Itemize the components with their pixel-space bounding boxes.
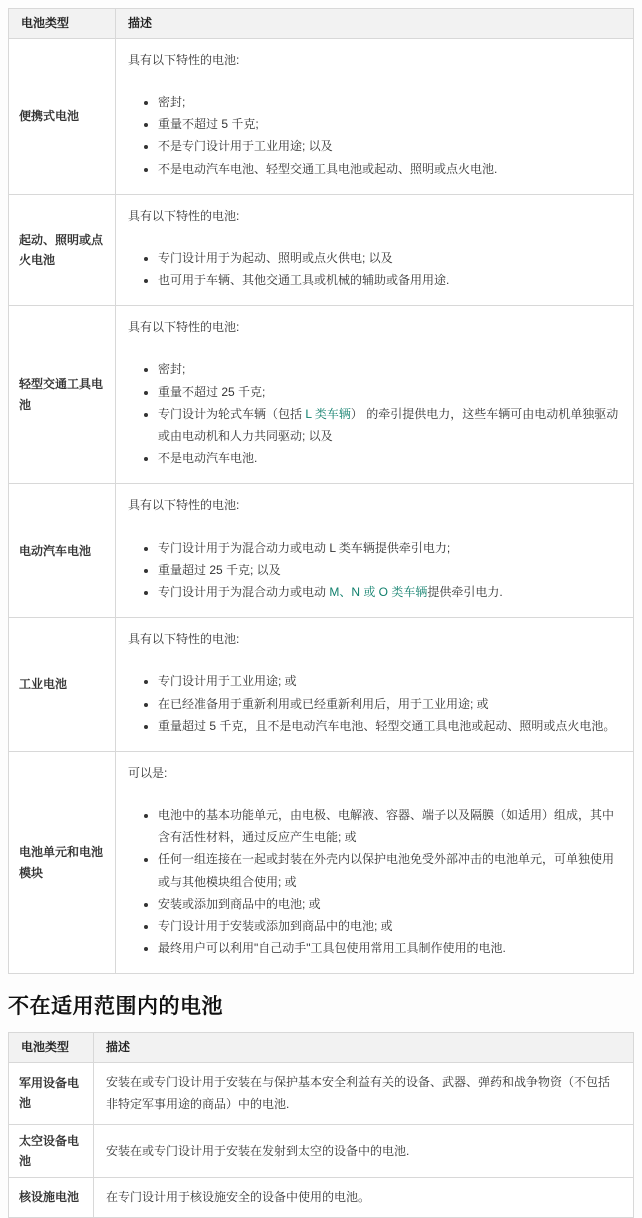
description-bullet: 电池中的基本功能单元，由电极、电解液、容器、端子以及隔膜（如适用）组成，其中含有… <box>158 804 621 848</box>
section-heading: 不在适用范围内的电池 <box>8 990 634 1020</box>
description-bullet: 不是电动汽车电池. <box>158 447 621 469</box>
battery-type-cell: 军用设备电池 <box>9 1063 94 1124</box>
text-segment: 重量超过 5 千克，且不是电动汽车电池、轻型交通工具电池或起动、照明或点火电池。 <box>158 719 615 733</box>
description-bullet-list: 专门设计用于工业用途; 或在已经准备用于重新利用或已经重新利用后，用于工业用途;… <box>128 670 621 737</box>
table-row: 电动汽车电池具有以下特性的电池:专门设计用于为混合动力或电动 L 类车辆提供牵引… <box>9 484 634 618</box>
description-bullet: 密封; <box>158 358 621 380</box>
text-segment: 重量超过 25 千克; 以及 <box>158 563 281 577</box>
description-intro: 具有以下特性的电池: <box>128 49 621 71</box>
text-segment: 专门设计用于为起动、照明或点火供电; 以及 <box>158 251 393 265</box>
battery-type-cell: 便携式电池 <box>9 38 116 194</box>
text-segment: 提供牵引电力. <box>427 585 502 599</box>
description-intro: 具有以下特性的电池: <box>128 205 621 227</box>
table-row: 核设施电池在专门设计用于核设施安全的设备中使用的电池。 <box>9 1178 634 1217</box>
description-bullet: 任何一组连接在一起或封装在外壳内以保护电池免受外部冲击的电池单元，可单独使用或与… <box>158 848 621 892</box>
description-bullet: 在已经准备用于重新利用或已经重新利用后，用于工业用途; 或 <box>158 693 621 715</box>
table-row: 起动、照明或点火电池具有以下特性的电池:专门设计用于为起动、照明或点火供电; 以… <box>9 194 634 306</box>
text-segment: 重量不超过 25 千克; <box>158 385 265 399</box>
header-row: 电池类型 描述 <box>9 9 634 39</box>
text-segment: 专门设计用于为混合动力或电动 <box>158 585 329 599</box>
in-scope-table-body: 便携式电池具有以下特性的电池:密封;重量不超过 5 千克;不是专门设计用于工业用… <box>9 38 634 974</box>
battery-description-cell: 安装在或专门设计用于安装在与保护基本安全利益有关的设备、武器、弹药和战争物资（不… <box>94 1063 634 1124</box>
battery-description-cell: 可以是:电池中的基本功能单元，由电极、电解液、容器、端子以及隔膜（如适用）组成，… <box>116 751 634 974</box>
text-segment: 安装或添加到商品中的电池; 或 <box>158 897 321 911</box>
battery-description-cell: 具有以下特性的电池:密封;重量不超过 5 千克;不是专门设计用于工业用途; 以及… <box>116 38 634 194</box>
vehicle-category-link[interactable]: L 类车辆 <box>305 407 351 421</box>
table-row: 电池单元和电池模块可以是:电池中的基本功能单元，由电极、电解液、容器、端子以及隔… <box>9 751 634 974</box>
description-bullet: 重量不超过 5 千克; <box>158 113 621 135</box>
battery-type-cell: 起动、照明或点火电池 <box>9 194 116 306</box>
out-of-scope-table-body: 军用设备电池安装在或专门设计用于安装在与保护基本安全利益有关的设备、武器、弹药和… <box>9 1063 634 1217</box>
description-bullet: 专门设计用于工业用途; 或 <box>158 670 621 692</box>
description-bullet: 专门设计用于为起动、照明或点火供电; 以及 <box>158 247 621 269</box>
description-bullet: 专门设计用于安装或添加到商品中的电池; 或 <box>158 915 621 937</box>
battery-type-cell: 轻型交通工具电池 <box>9 306 116 484</box>
out-of-scope-battery-table: 电池类型 描述 军用设备电池安装在或专门设计用于安装在与保护基本安全利益有关的设… <box>8 1032 634 1217</box>
description-bullet: 专门设计为轮式车辆（包括 L 类车辆） 的牵引提供电力，这些车辆可由电动机单独驱… <box>158 403 621 447</box>
out-of-scope-table-header: 电池类型 描述 <box>9 1033 634 1063</box>
text-segment: 密封; <box>158 362 185 376</box>
description-bullet: 重量超过 5 千克，且不是电动汽车电池、轻型交通工具电池或起动、照明或点火电池。 <box>158 715 621 737</box>
text-segment: 不是电动汽车电池、轻型交通工具电池或起动、照明或点火电池. <box>158 162 497 176</box>
text-segment: 专门设计为轮式车辆（包括 <box>158 407 305 421</box>
description-bullet-list: 电池中的基本功能单元，由电极、电解液、容器、端子以及隔膜（如适用）组成，其中含有… <box>128 804 621 959</box>
description-bullet: 最终用户可以利用"自己动手"工具包使用常用工具制作使用的电池. <box>158 937 621 959</box>
column-header-battery-type: 电池类型 <box>9 9 116 39</box>
table-row: 太空设备电池安装在或专门设计用于安装在发射到太空的设备中的电池. <box>9 1124 634 1178</box>
description-bullet: 重量不超过 25 千克; <box>158 381 621 403</box>
description-bullet-list: 专门设计用于为起动、照明或点火供电; 以及也可用于车辆、其他交通工具或机械的辅助… <box>128 247 621 291</box>
description-intro: 可以是: <box>128 762 621 784</box>
help-article: 电池类型 描述 便携式电池具有以下特性的电池:密封;重量不超过 5 千克;不是专… <box>0 8 642 1218</box>
description-bullet-list: 专门设计用于为混合动力或电动 L 类车辆提供牵引电力;重量超过 25 千克; 以… <box>128 537 621 604</box>
text-segment: 重量不超过 5 千克; <box>158 117 259 131</box>
text-segment: 任何一组连接在一起或封装在外壳内以保护电池免受外部冲击的电池单元，可单独使用或与… <box>158 852 614 888</box>
text-segment: 不是专门设计用于工业用途; 以及 <box>158 139 333 153</box>
column-header-description: 描述 <box>116 9 634 39</box>
column-header-battery-type: 电池类型 <box>9 1033 94 1063</box>
text-segment: 密封; <box>158 95 185 109</box>
battery-description-cell: 安装在或专门设计用于安装在发射到太空的设备中的电池. <box>94 1124 634 1178</box>
header-row: 电池类型 描述 <box>9 1033 634 1063</box>
text-segment: 也可用于车辆、其他交通工具或机械的辅助或备用用途. <box>158 273 449 287</box>
text-segment: 专门设计用于工业用途; 或 <box>158 674 297 688</box>
battery-description-cell: 在专门设计用于核设施安全的设备中使用的电池。 <box>94 1178 634 1217</box>
battery-description-cell: 具有以下特性的电池:专门设计用于为混合动力或电动 L 类车辆提供牵引电力;重量超… <box>116 484 634 618</box>
battery-type-cell: 电动汽车电池 <box>9 484 116 618</box>
description-bullet: 专门设计用于为混合动力或电动 L 类车辆提供牵引电力; <box>158 537 621 559</box>
text-segment: 专门设计用于安装或添加到商品中的电池; 或 <box>158 919 393 933</box>
in-scope-table-header: 电池类型 描述 <box>9 9 634 39</box>
description-intro: 具有以下特性的电池: <box>128 316 621 338</box>
text-segment: 最终用户可以利用"自己动手"工具包使用常用工具制作使用的电池. <box>158 941 506 955</box>
vehicle-category-link[interactable]: M、N 或 O 类车辆 <box>329 585 427 599</box>
table-row: 轻型交通工具电池具有以下特性的电池:密封;重量不超过 25 千克;专门设计为轮式… <box>9 306 634 484</box>
description-bullet: 不是电动汽车电池、轻型交通工具电池或起动、照明或点火电池. <box>158 158 621 180</box>
table-row: 军用设备电池安装在或专门设计用于安装在与保护基本安全利益有关的设备、武器、弹药和… <box>9 1063 634 1124</box>
description-bullet: 不是专门设计用于工业用途; 以及 <box>158 135 621 157</box>
column-header-description: 描述 <box>94 1033 634 1063</box>
description-bullet-list: 密封;重量不超过 5 千克;不是专门设计用于工业用途; 以及不是电动汽车电池、轻… <box>128 91 621 180</box>
battery-type-cell: 工业电池 <box>9 618 116 752</box>
battery-description-cell: 具有以下特性的电池:专门设计用于工业用途; 或在已经准备用于重新利用或已经重新利… <box>116 618 634 752</box>
table-row: 工业电池具有以下特性的电池:专门设计用于工业用途; 或在已经准备用于重新利用或已… <box>9 618 634 752</box>
description-bullet: 重量超过 25 千克; 以及 <box>158 559 621 581</box>
text-segment: 电池中的基本功能单元，由电极、电解液、容器、端子以及隔膜（如适用）组成，其中含有… <box>158 808 614 844</box>
battery-description-cell: 具有以下特性的电池:密封;重量不超过 25 千克;专门设计为轮式车辆（包括 L … <box>116 306 634 484</box>
description-intro: 具有以下特性的电池: <box>128 494 621 516</box>
description-bullet: 密封; <box>158 91 621 113</box>
text-segment: 在已经准备用于重新利用或已经重新利用后，用于工业用途; 或 <box>158 697 489 711</box>
text-segment: 不是电动汽车电池. <box>158 451 257 465</box>
description-bullet: 专门设计用于为混合动力或电动 M、N 或 O 类车辆提供牵引电力. <box>158 581 621 603</box>
battery-type-cell: 太空设备电池 <box>9 1124 94 1178</box>
description-bullet: 安装或添加到商品中的电池; 或 <box>158 893 621 915</box>
description-intro: 具有以下特性的电池: <box>128 628 621 650</box>
battery-type-cell: 电池单元和电池模块 <box>9 751 116 974</box>
description-bullet: 也可用于车辆、其他交通工具或机械的辅助或备用用途. <box>158 269 621 291</box>
in-scope-battery-table: 电池类型 描述 便携式电池具有以下特性的电池:密封;重量不超过 5 千克;不是专… <box>8 8 634 974</box>
description-bullet-list: 密封;重量不超过 25 千克;专门设计为轮式车辆（包括 L 类车辆） 的牵引提供… <box>128 358 621 469</box>
text-segment: 专门设计用于为混合动力或电动 L 类车辆提供牵引电力; <box>158 541 450 555</box>
battery-description-cell: 具有以下特性的电池:专门设计用于为起动、照明或点火供电; 以及也可用于车辆、其他… <box>116 194 634 306</box>
battery-type-cell: 核设施电池 <box>9 1178 94 1217</box>
table-row: 便携式电池具有以下特性的电池:密封;重量不超过 5 千克;不是专门设计用于工业用… <box>9 38 634 194</box>
